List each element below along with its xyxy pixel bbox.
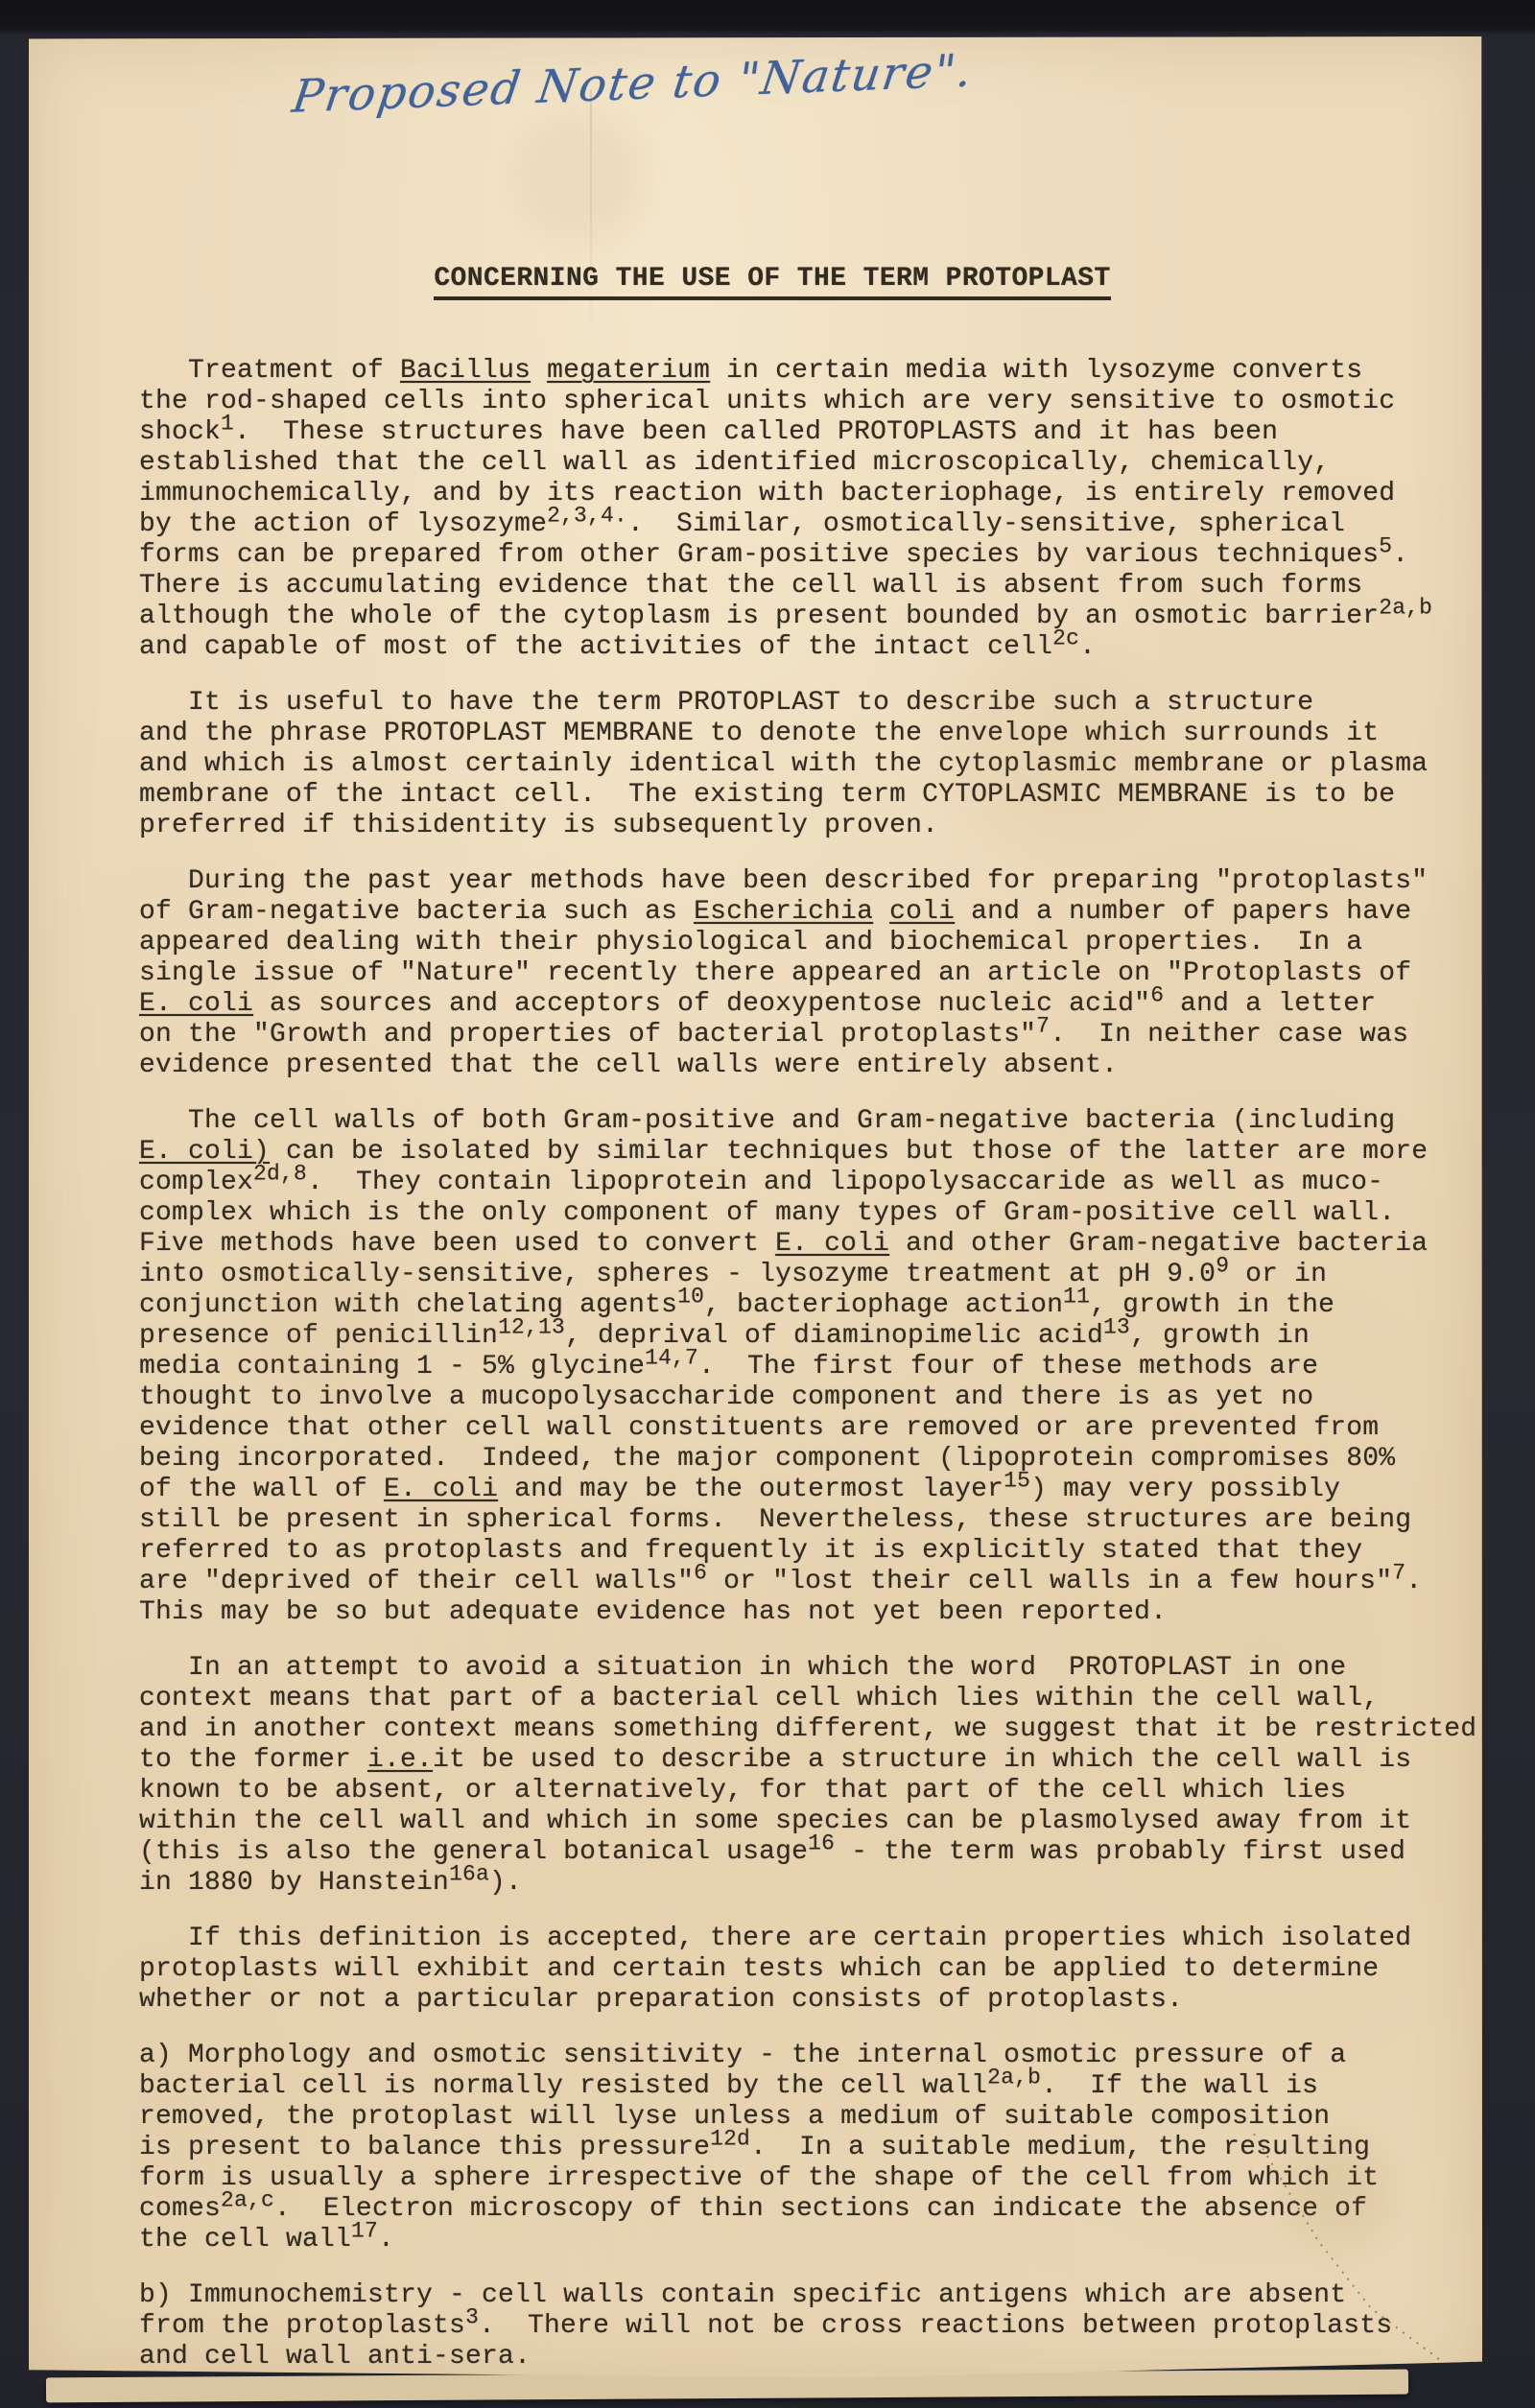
underlined-text: E. coli [384,1475,498,1504]
superscript-reference: 7 [1036,1010,1050,1041]
text-line: in 1880 by Hanstein16a). [139,1868,1405,1899]
document-body: Treatment of Bacillus megaterium in cert… [139,356,1405,2373]
text-line: protoplasts will exhibit and certain tes… [139,1954,1405,1985]
text-line: evidence that other cell wall constituen… [139,1413,1405,1444]
superscript-reference: 16a [449,1858,489,1889]
text-line: on the "Growth and properties of bacteri… [139,1020,1405,1051]
superscript-reference: 10 [677,1281,704,1311]
text-line: although the whole of the cytoplasm is p… [139,602,1405,632]
paragraph: During the past year methods have been d… [139,866,1405,1081]
text-line: E. coli) can be isolated by similar tech… [139,1137,1405,1168]
superscript-reference: 9 [1216,1250,1229,1281]
text-line: from the protoplasts3. There will not be… [139,2311,1405,2342]
underlined-text: E. coli [139,989,253,1019]
underlined-text: i.e. [367,1745,433,1775]
text-line: still be present in spherical forms. Nev… [139,1505,1405,1536]
text-line: and capable of most of the activities of… [139,632,1405,663]
text-line: are "deprived of their cell walls"6 or "… [139,1567,1405,1597]
underlined-text: Escherichia [694,897,873,927]
text-line: single issue of "Nature" recently there … [139,958,1405,989]
text-line: of Gram-negative bacteria such as Escher… [139,897,1405,928]
superscript-reference: 6 [694,1557,707,1588]
text-line: In an attempt to avoid a situation in wh… [139,1653,1405,1684]
scanned-document-photo: { "colors": { "ink": "#332a20", "handwri… [0,0,1535,2408]
text-line: immunochemically, and by its reaction wi… [139,479,1405,509]
superscript-reference: 2c [1052,623,1079,653]
text-line: whether or not a particular preparation … [139,1985,1405,2016]
text-line: forms can be prepared from other Gram-po… [139,540,1405,571]
text-line: preferred if thisidentity is subsequentl… [139,811,1405,841]
text-line: the cell wall17. [139,2225,1405,2255]
superscript-reference: 6 [1150,980,1164,1010]
superscript-reference: 12,13 [498,1311,565,1342]
paragraph: a) Morphology and osmotic sensitivity - … [139,2041,1405,2255]
text-line: If this definition is accepted, there ar… [139,1924,1405,1954]
paragraph: The cell walls of both Gram-positive and… [139,1106,1405,1628]
text-line: by the action of lysozyme2,3,4.. Similar… [139,509,1405,540]
superscript-reference: 1 [221,408,234,438]
text-line: Treatment of Bacillus megaterium in cert… [139,356,1405,387]
text-line: established that the cell wall as identi… [139,448,1405,479]
paragraph: Treatment of Bacillus megaterium in cert… [139,356,1405,663]
handwriting-note: Proposed Note to "Nature". [289,44,977,124]
underlined-text: megaterium [547,356,710,386]
text-line: b) Immunochemistry - cell walls contain … [139,2280,1405,2311]
title-row: CONCERNING THE USE OF THE TERM PROTOPLAS… [139,264,1405,300]
text-line: is present to balance this pressure12d. … [139,2133,1405,2163]
text-line: The cell walls of both Gram-positive and… [139,1106,1405,1137]
superscript-reference: 12d [710,2123,750,2154]
text-line: presence of penicillin12,13, deprival of… [139,1321,1405,1352]
text-line: evidence presented that the cell walls w… [139,1051,1405,1081]
superscript-reference: 17 [351,2215,378,2246]
text-line: E. coli as sources and acceptors of deox… [139,989,1405,1020]
text-line: removed, the protoplast will lyse unless… [139,2102,1405,2133]
superscript-reference: 7 [1392,1557,1405,1588]
text-line: membrane of the intact cell. The existin… [139,780,1405,811]
superscript-reference: 3 [465,2302,479,2332]
superscript-reference: 11 [1063,1281,1090,1311]
text-line: complex2d,8. They contain lipoprotein an… [139,1168,1405,1198]
paragraph: b) Immunochemistry - cell walls contain … [139,2280,1405,2373]
text-line: and in another context means something d… [139,1714,1405,1745]
document-page: Proposed Note to "Nature". CONCERNING TH… [29,36,1482,2379]
document-title: CONCERNING THE USE OF THE TERM PROTOPLAS… [434,264,1110,300]
text-line: within the cell wall and which in some s… [139,1806,1405,1837]
text-line: to the former i.e.it be used to describe… [139,1745,1405,1776]
superscript-reference: 2,3,4. [547,500,627,531]
text-line: There is accumulating evidence that the … [139,571,1405,602]
underlined-text: Bacillus [400,356,531,386]
text-line: form is usually a sphere irrespective of… [139,2163,1405,2194]
text-line: appeared dealing with their physiologica… [139,928,1405,958]
superscript-reference: 16 [808,1828,835,1858]
superscript-reference: 14,7 [645,1342,698,1373]
paper-fold-mark [590,89,592,358]
underlined-text: E. coli [775,1229,889,1259]
text-line: conjunction with chelating agents10, bac… [139,1290,1405,1321]
text-line: This may be so but adequate evidence has… [139,1597,1405,1628]
text-line: context means that part of a bacterial c… [139,1684,1405,1714]
text-line: and the phrase PROTOPLAST MEMBRANE to de… [139,719,1405,749]
text-line: a) Morphology and osmotic sensitivity - … [139,2041,1405,2071]
text-line: (this is also the general botanical usag… [139,1837,1405,1868]
text-line: media containing 1 - 5% glycine14,7. The… [139,1352,1405,1382]
text-line: thought to involve a mucopolysaccharide … [139,1382,1405,1413]
document-content: CONCERNING THE USE OF THE TERM PROTOPLAS… [29,264,1482,2373]
text-line: and which is almost certainly identical … [139,749,1405,780]
superscript-reference: 13 [1103,1311,1130,1342]
text-line: into osmotically-sensitive, spheres - ly… [139,1260,1405,1290]
text-line: referred to as protoplasts and frequentl… [139,1536,1405,1567]
text-line: being incorporated. Indeed, the major co… [139,1444,1405,1475]
text-line: During the past year methods have been d… [139,866,1405,897]
text-line: the rod-shaped cells into spherical unit… [139,387,1405,417]
text-line: complex which is the only component of m… [139,1198,1405,1229]
text-line: It is useful to have the term PROTOPLAST… [139,688,1405,719]
superscript-reference: 2a,b [1379,592,1432,623]
superscript-reference: 2a,c [221,2184,274,2215]
superscript-reference: 2a,b [987,2062,1041,2092]
superscript-reference: 2d,8 [253,1158,307,1189]
text-line: comes2a,c. Electron microscopy of thin s… [139,2194,1405,2225]
underlined-text: E. coli) [139,1137,270,1167]
paragraph: If this definition is accepted, there ar… [139,1924,1405,2016]
paper-crease [1227,2126,1476,2375]
superscript-reference: 15 [1004,1465,1030,1496]
underlined-text: coli [889,897,955,927]
paragraph: In an attempt to avoid a situation in wh… [139,1653,1405,1899]
text-line: bacterial cell is normally resisted by t… [139,2071,1405,2102]
paragraph: It is useful to have the term PROTOPLAST… [139,688,1405,841]
text-line: and cell wall anti-sera. [139,2342,1405,2373]
superscript-reference: 5 [1379,531,1392,561]
text-line: known to be absent, or alternatively, fo… [139,1776,1405,1806]
text-line: of the wall of E. coli and may be the ou… [139,1475,1405,1505]
text-line: shock1. These structures have been calle… [139,417,1405,448]
